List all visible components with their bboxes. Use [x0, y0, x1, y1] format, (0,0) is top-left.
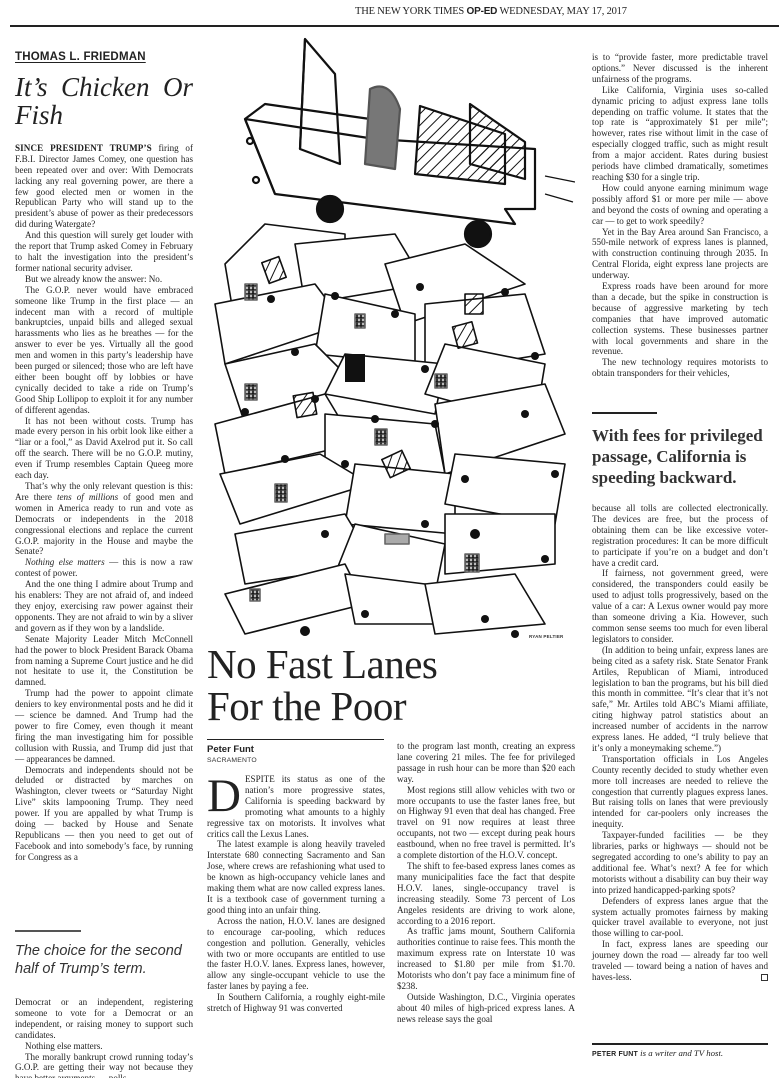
funt-column-3: is to “provide faster, more predictable … [592, 52, 768, 379]
paragraph: The shift to fee-based express lanes com… [397, 861, 575, 926]
paragraph: And this question will surely get louder… [15, 230, 193, 274]
top-car [245, 39, 575, 247]
masthead-text: THE NEW YORK TIMES OP-ED WEDNESDAY, MAY … [355, 6, 627, 17]
funt-column-2: to the program last month, creating an e… [397, 741, 575, 1025]
paragraph: In fact, express lanes are speeding our … [592, 939, 768, 983]
column-title: It’s Chicken Or Fish [15, 73, 193, 129]
article-dateline: SACRAMENTO [207, 757, 257, 764]
friedman-continued: Democrat or an independent, registering … [15, 997, 193, 1078]
paragraph: Yet in the Bay Area around San Francisco… [592, 227, 768, 282]
paragraph: Like California, Virginia uses so-called… [592, 85, 768, 183]
paragraph: Most regions still allow vehicles with t… [397, 785, 575, 861]
paragraph: to the program last month, creating an e… [397, 741, 575, 785]
car-pile [215, 224, 565, 634]
paragraph: That’s why the only relevant question is… [15, 481, 193, 557]
paragraph: And the one thing I admire about Trump a… [15, 579, 193, 634]
paragraph: If fairness, not government greed, were … [592, 568, 768, 644]
illustration-credit: RYAN PELTIER [529, 634, 564, 639]
paragraph: Defenders of express lanes argue that th… [592, 896, 768, 940]
issue-date: WEDNESDAY, MAY 17, 2017 [499, 6, 626, 17]
paragraph: Express roads have been around for more … [592, 281, 768, 357]
paragraph: The morally bankrupt crowd running today… [15, 1052, 193, 1078]
pullquote-text: The choice for the second half of Trump’… [15, 942, 193, 978]
friedman-pullquote: The choice for the second half of Trump’… [15, 930, 193, 978]
pullquote-rule [15, 930, 81, 932]
paragraph: Nothing else matters — this is now a raw… [15, 557, 193, 579]
paragraph: DESPITE its status as one of the nation’… [207, 774, 385, 839]
paragraph: The latest example is along heavily trav… [207, 839, 385, 915]
paragraph: The G.O.P. never would have embraced som… [15, 285, 193, 416]
paragraph: Nothing else matters. [15, 1041, 193, 1052]
paragraph: Outside Washington, D.C., Virginia opera… [397, 992, 575, 1025]
paragraph: It has not been without costs. Trump has… [15, 416, 193, 481]
columnist-byline: THOMAS L. FRIEDMAN [15, 52, 193, 63]
paragraph: In Southern California, a roughly eight-… [207, 992, 385, 1014]
funt-column-1: DESPITE its status as one of the nation’… [207, 774, 385, 1014]
masthead: THE NEW YORK TIMES OP-ED WEDNESDAY, MAY … [0, 4, 779, 22]
funt-pullquote: With fees for privileged passage, Califo… [592, 412, 768, 488]
author-bio: PETER FUNT is a writer and TV host. [592, 1048, 723, 1058]
paragraph: Democrats and independents should not be… [15, 765, 193, 863]
paragraph: Transportation officials in Los Angeles … [592, 754, 768, 830]
dropcap: D [207, 775, 245, 815]
headline-rule [207, 739, 384, 740]
bio-rule [592, 1043, 768, 1045]
paragraph: How could anyone earning minimum wage po… [592, 183, 768, 227]
bio-text: is a writer and TV host. [638, 1048, 723, 1058]
paper-name: THE NEW YORK TIMES [355, 6, 464, 17]
paragraph: But we already know the answer: No. [15, 274, 193, 285]
paragraph: is to “provide faster, more predictable … [592, 52, 768, 85]
pullquote-rule [592, 412, 657, 414]
paragraph: Democrat or an independent, registering … [15, 997, 193, 1041]
pullquote-text: With fees for privileged passage, Califo… [592, 425, 768, 488]
masthead-rule [10, 25, 779, 27]
article-author: Peter Funt [207, 744, 254, 755]
lead-in: SINCE PRESIDENT TRUMP’S [15, 143, 152, 153]
paragraph: As traffic jams mount, Southern Californ… [397, 926, 575, 991]
section-label: OP-ED [467, 6, 498, 17]
funt-column-3-continued: because all tolls are collected electron… [592, 503, 768, 983]
paragraph: Trump had the power to appoint climate d… [15, 688, 193, 764]
paragraph: (In addition to being unfair, express la… [592, 645, 768, 754]
cars-pile-illustration [205, 34, 575, 639]
paragraph: because all tolls are collected electron… [592, 503, 768, 568]
bio-name: PETER FUNT [592, 1051, 638, 1058]
end-mark-icon [761, 974, 768, 981]
friedman-column: THOMAS L. FRIEDMAN It’s Chicken Or Fish … [15, 52, 193, 863]
paragraph: The new technology requires motorists to… [592, 357, 768, 379]
paragraph: Senate Majority Leader Mitch McConnell h… [15, 634, 193, 689]
article-headline: No Fast Lanes For the Poor [207, 643, 467, 727]
paragraph: Taxpayer-funded facilities — be they lib… [592, 830, 768, 895]
paragraph: SINCE PRESIDENT TRUMP’S firing of F.B.I.… [15, 143, 193, 230]
paragraph: Across the nation, H.O.V. lanes are desi… [207, 916, 385, 992]
